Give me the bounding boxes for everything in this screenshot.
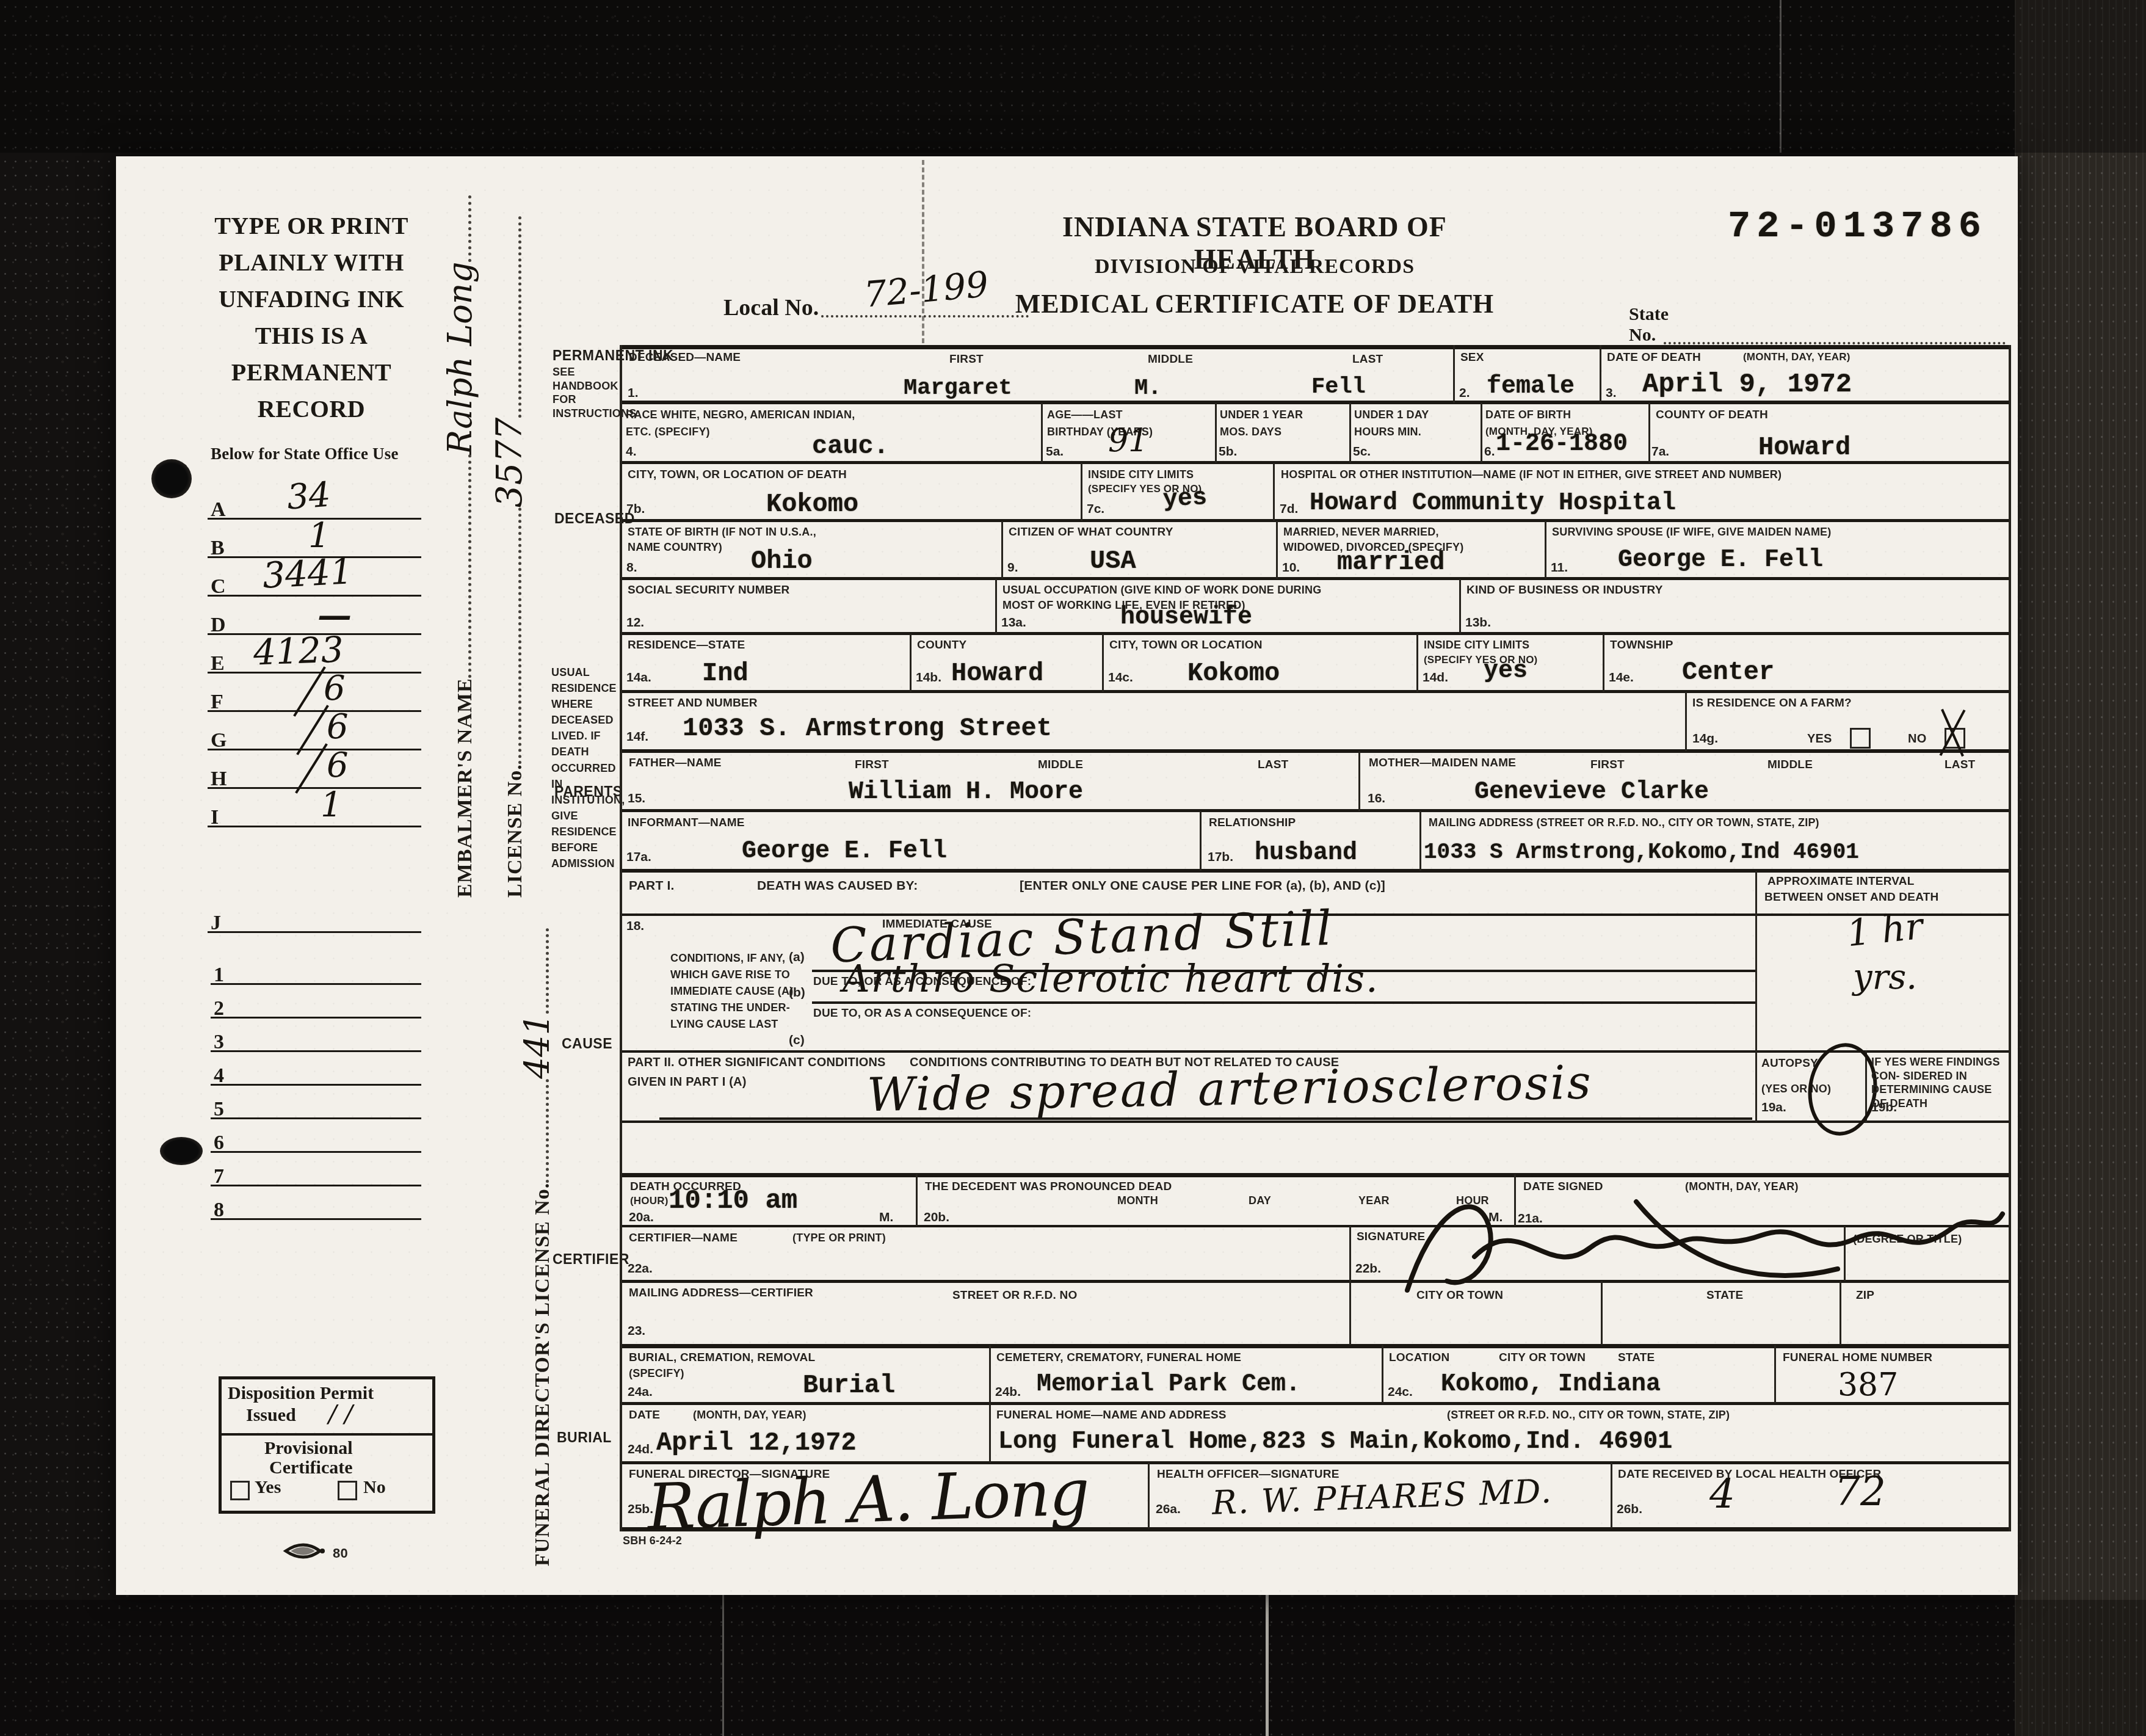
- residence-limits-value: yes: [1484, 659, 1528, 684]
- row-line: [211, 1017, 421, 1019]
- fd-license-label: FUNERAL DIRECTOR'S LICENSE No.: [531, 1183, 554, 1566]
- township-value: Center: [1682, 659, 1774, 685]
- grid-line: [620, 519, 2010, 522]
- township-label: TOWNSHIP: [1610, 638, 1673, 653]
- instruction-line: THIS IS A: [183, 318, 440, 354]
- row-line: [211, 1050, 421, 1052]
- under-1-day-label: UNDER 1 DAY: [1354, 408, 1429, 422]
- grid-line: [1459, 579, 1461, 634]
- farm-no-label: NO: [1908, 732, 1926, 747]
- burial-date-paren: (MONTH, DAY, YEAR): [693, 1408, 807, 1422]
- embalmer-name-line: EMBALMER'S NAME Ralph Long: [441, 195, 479, 898]
- certifier-type-print: (TYPE OR PRINT): [792, 1231, 886, 1245]
- date-received-month: 4: [1709, 1470, 1735, 1517]
- field-number: 5a.: [1046, 445, 1064, 459]
- middle-header: MIDDLE: [1148, 352, 1193, 367]
- field-number: 12.: [626, 616, 644, 630]
- date-of-death-paren: (MONTH, DAY, YEAR): [1743, 350, 1851, 363]
- burial-type-value: Burial: [803, 1373, 895, 1398]
- funeral-home-value: Long Funeral Home,823 S Main,Kokomo,Ind.…: [998, 1430, 1672, 1455]
- form-number: SBH 6-24-2: [623, 1534, 682, 1548]
- disposition-permit-box: Disposition Permit Issued / / Provisiona…: [219, 1376, 435, 1514]
- field-number: 7d.: [1280, 502, 1298, 517]
- union-bug-emblem: [282, 1538, 368, 1564]
- county-of-death-label: COUNTY OF DEATH: [1656, 408, 1768, 423]
- funeral-home-label: FUNERAL HOME—NAME AND ADDRESS: [996, 1408, 1227, 1423]
- grid-line: [1276, 521, 1278, 579]
- dotted-leader: [463, 195, 471, 262]
- residence-on-farm-label: IS RESIDENCE ON A FARM?: [1692, 696, 1852, 711]
- occupation-label: USUAL OCCUPATION (GIVE KIND OF WORK DONE…: [1002, 583, 1321, 597]
- funeral-home-number-value: 387: [1838, 1367, 1898, 1403]
- field-number: 16.: [1368, 791, 1385, 806]
- field-number: 5b.: [1219, 445, 1237, 459]
- grid-line: [620, 1120, 2010, 1123]
- dotted-leader: [541, 1079, 549, 1183]
- field-number: 14b.: [916, 670, 941, 685]
- scanner-right-band: [2015, 0, 2146, 1736]
- race-value: cauc.: [812, 434, 889, 459]
- grid-line: [1545, 521, 1546, 579]
- last-name-value: Fell: [1311, 376, 1366, 399]
- death-occurred-hour-label: (HOUR): [630, 1194, 669, 1207]
- grid-line: [1081, 463, 1082, 521]
- under-1-year-sub: MOS. DAYS: [1220, 425, 1281, 439]
- type-or-print-instructions: TYPE OR PRINT PLAINLY WITH UNFADING INK …: [183, 208, 440, 427]
- first-header: FIRST: [855, 758, 889, 772]
- instruction-line: RECORD: [183, 391, 440, 427]
- death-hour-value: 10:10 am: [669, 1188, 797, 1215]
- marital-status-value: married: [1337, 550, 1445, 575]
- field-number: 14g.: [1692, 732, 1718, 746]
- instruction-line: PERMANENT: [183, 354, 440, 391]
- field-number: 24a.: [628, 1385, 653, 1400]
- row-line: [211, 1185, 421, 1186]
- grid-line: [620, 1402, 2010, 1405]
- field-number: 5c.: [1353, 445, 1371, 459]
- grid-line: [1755, 871, 1757, 1122]
- street-rfd-header: STREET OR R.F.D. NO: [952, 1288, 1077, 1303]
- grid-line: [1419, 811, 1421, 871]
- one-cause-note: [ENTER ONLY ONE CAUSE PER LINE FOR (a), …: [1020, 878, 1385, 894]
- grid-line: [1453, 345, 1455, 403]
- state-office-use-note: Below for State Office Use: [211, 445, 399, 463]
- field-number: 9.: [1007, 561, 1018, 575]
- first-name-value: Margaret: [904, 377, 1012, 400]
- mother-name-value: Genevieve Clarke: [1474, 780, 1709, 805]
- ssn-label: SOCIAL SECURITY NUMBER: [628, 583, 790, 598]
- field-number: 7b.: [626, 502, 645, 517]
- row-line: [208, 710, 421, 712]
- field-number: 17a.: [626, 850, 651, 865]
- row-line: [208, 826, 421, 827]
- middle-name-value: M.: [1134, 377, 1161, 400]
- marital-status-label: MARRIED, NEVER MARRIED,: [1283, 525, 1439, 539]
- state-header: STATE: [1706, 1288, 1743, 1303]
- burial-type-specify: (SPECIFY): [629, 1367, 684, 1381]
- grid-line: [1611, 1462, 1612, 1528]
- informant-mailing-label: MAILING ADDRESS (STREET OR R.F.D. NO., C…: [1429, 816, 1819, 830]
- city-or-town-header: CITY OR TOWN: [1416, 1288, 1503, 1303]
- scan-streak: [1266, 1595, 1269, 1736]
- dotted-leader: [513, 507, 521, 764]
- grid-line: [620, 690, 2010, 693]
- last-header: LAST: [1945, 758, 1975, 772]
- scan-streak: [722, 1595, 724, 1736]
- embalmer-name-label: EMBALMER'S NAME: [454, 678, 477, 898]
- residence-state-value: Ind: [702, 661, 749, 686]
- grid-line: [1349, 1226, 1351, 1281]
- cause-b-interval-value: yrs.: [1853, 957, 1917, 997]
- field-number: 20b.: [924, 1210, 949, 1225]
- part1-label: PART I.: [629, 878, 675, 894]
- cause-a-interval-value: 1 hr: [1845, 905, 1925, 956]
- burial-date-label: DATE: [629, 1408, 660, 1423]
- farm-yes-checkbox: [1850, 728, 1871, 749]
- field-number: 7c.: [1087, 502, 1104, 517]
- part2-label: PART II. OTHER SIGNIFICANT CONDITIONS: [628, 1055, 886, 1070]
- state-no-dots: [1664, 327, 2006, 344]
- title-division: DIVISION OF VITAL RECORDS: [1001, 255, 1508, 278]
- state-of-birth-label: STATE OF BIRTH (IF NOT IN U.S.A.,: [628, 525, 816, 539]
- interval-header-2: BETWEEN ONSET AND DEATH: [1764, 890, 1938, 905]
- field-number: 19b.: [1871, 1100, 1897, 1115]
- grid-line: [620, 1344, 2010, 1348]
- grid-line: [620, 749, 2010, 753]
- informant-name-label: INFORMANT—NAME: [628, 816, 745, 830]
- first-header: FIRST: [949, 352, 984, 367]
- day-header: DAY: [1249, 1194, 1271, 1208]
- caused-by-label: DEATH WAS CAUSED BY:: [757, 878, 918, 894]
- row-line: [211, 1117, 421, 1119]
- field-number: 15.: [628, 791, 645, 806]
- city-of-death-label: CITY, TOWN, OR LOCATION OF DEATH: [628, 468, 847, 482]
- field-number: 14d.: [1423, 670, 1448, 685]
- hospital-label: HOSPITAL OR OTHER INSTITUTION—NAME (IF N…: [1281, 468, 1782, 482]
- field-number: 20a.: [629, 1210, 654, 1225]
- field-number: 7a.: [1651, 445, 1669, 459]
- county-of-death-value: Howard: [1758, 435, 1851, 460]
- cause-b-value: Arthro Sclerotic heart dis.: [843, 956, 1379, 1001]
- cemetery-value: Memorial Park Cem.: [1037, 1373, 1300, 1397]
- local-no-label: Local No.: [723, 294, 819, 321]
- row-value: 1: [321, 785, 343, 825]
- age-label: AGE——LAST: [1047, 408, 1123, 422]
- field-number: 17b.: [1208, 850, 1233, 865]
- father-name-value: William H. Moore: [849, 780, 1083, 805]
- row-line: [208, 595, 421, 597]
- relationship-label: RELATIONSHIP: [1209, 816, 1296, 830]
- certifier-mailing-label: MAILING ADDRESS—CERTIFIER: [629, 1286, 813, 1301]
- field-number: 26b.: [1617, 1502, 1642, 1517]
- grid-line: [1481, 403, 1482, 463]
- date-of-birth-label: DATE OF BIRTH: [1485, 408, 1571, 422]
- date-of-death-value: April 9, 1972: [1642, 371, 1852, 398]
- grid-line: [1148, 1462, 1150, 1528]
- residence-city-label: CITY, TOWN OR LOCATION: [1109, 638, 1263, 653]
- month-header: MONTH: [1117, 1194, 1158, 1208]
- instruction-line: UNFADING INK: [183, 281, 440, 318]
- grid-line: [1041, 403, 1043, 463]
- funeral-director-signature: Ralph A. Long: [646, 1455, 1090, 1544]
- dotted-leader: [463, 454, 471, 678]
- residence-limits-label: INSIDE CITY LIMITS: [1424, 638, 1529, 652]
- burial-section-label: BURIAL: [557, 1429, 612, 1447]
- state-of-birth-value: Ohio: [751, 548, 813, 574]
- dotted-leader: [513, 216, 521, 418]
- yes-label: Yes: [255, 1477, 281, 1498]
- row-value: 6: [324, 669, 346, 708]
- inside-city-limits-label: INSIDE CITY LIMITS: [1088, 468, 1194, 482]
- grid-line: [620, 869, 2010, 873]
- grid-line: [1001, 521, 1003, 579]
- pronounced-dead-label: THE DECEDENT WAS PRONOUNCED DEAD: [925, 1180, 1172, 1194]
- scan-streak: [1780, 0, 1782, 153]
- field-number: 13a.: [1001, 616, 1026, 630]
- grid-line: [1102, 634, 1104, 692]
- no-label: No: [363, 1477, 386, 1498]
- embalmer-license-line: LICENSE No. 3577: [488, 189, 530, 898]
- field-number: 14a.: [626, 670, 651, 685]
- sex-value: female: [1487, 375, 1575, 399]
- scanner-top-band: [0, 0, 2146, 153]
- grid-line: [620, 632, 2010, 635]
- fd-license-value: 441: [518, 1014, 557, 1079]
- field-number: 24c.: [1388, 1385, 1413, 1400]
- provisional-line1: Provisional: [264, 1438, 352, 1459]
- under-1-year-label: UNDER 1 YEAR: [1220, 408, 1303, 422]
- informant-name-value: George E. Fell: [742, 840, 947, 864]
- yes-checkbox: [230, 1481, 250, 1500]
- grid-line: [995, 579, 997, 634]
- grid-line: [1358, 751, 1360, 811]
- instruction-line: PLAINLY WITH: [183, 244, 440, 281]
- part2-sub2-label: GIVEN IN PART I (A): [628, 1075, 747, 1090]
- sex-label: SEX: [1460, 350, 1484, 365]
- grid-line: [620, 1050, 2010, 1053]
- farm-yes-label: YES: [1807, 732, 1832, 747]
- grid-line: [1648, 403, 1650, 463]
- cause-b-line: [812, 1001, 1755, 1004]
- informant-mailing-value: 1033 S Armstrong,Kokomo,Ind 46901: [1424, 841, 1859, 863]
- race-label-2: ETC. (SPECIFY): [626, 425, 710, 439]
- field-number: 3.: [1606, 386, 1617, 401]
- funeral-director-license-line: FUNERAL DIRECTOR'S LICENSE No. 441: [518, 907, 557, 1566]
- row-value: 34: [286, 475, 332, 518]
- grid-line: [1685, 692, 1687, 751]
- state-no-label-1: State: [1629, 304, 1669, 325]
- field-number: 14c.: [1108, 670, 1133, 685]
- field-number: 10.: [1282, 561, 1300, 575]
- parents-section-label: PARENTS: [554, 783, 623, 801]
- burial-type-label: BURIAL, CREMATION, REMOVAL: [629, 1351, 815, 1365]
- grid-line: [989, 1345, 991, 1462]
- field-number: 22a.: [628, 1262, 653, 1276]
- grid-line: [620, 577, 2010, 580]
- punch-hole: [160, 1137, 203, 1165]
- field-number: 1.: [628, 386, 639, 401]
- no-checkbox: [338, 1481, 357, 1500]
- dotted-leader: [541, 928, 549, 1014]
- location-value: Kokomo, Indiana: [1441, 1373, 1661, 1397]
- field-number: 6.: [1484, 445, 1495, 459]
- burial-date-value: April 12,1972: [656, 1430, 857, 1456]
- field-number: 23.: [628, 1324, 645, 1338]
- zip-header: ZIP: [1856, 1288, 1874, 1303]
- row-value: 6: [327, 707, 349, 747]
- location-city-header: CITY OR TOWN: [1499, 1351, 1586, 1365]
- row-line: [208, 787, 421, 789]
- under-1-day-sub: HOURS MIN.: [1354, 425, 1421, 439]
- residence-county-value: Howard: [951, 661, 1043, 686]
- citizen-value: USA: [1090, 548, 1136, 574]
- grid-line: [1382, 1345, 1383, 1403]
- grid-line: [620, 345, 2010, 349]
- funeral-home-number-label: FUNERAL HOME NUMBER: [1783, 1351, 1932, 1365]
- grid-line: [1774, 1345, 1776, 1403]
- box-divider: [222, 1433, 432, 1436]
- disposition-slashes: / /: [328, 1400, 353, 1428]
- row-line: [208, 672, 421, 674]
- city-of-death-value: Kokomo: [766, 492, 858, 517]
- row-value: 6: [327, 746, 349, 785]
- residence-city-value: Kokomo: [1187, 661, 1280, 686]
- grid-line: [1603, 634, 1604, 692]
- father-name-label: FATHER—NAME: [629, 756, 722, 771]
- autopsy-label: AUTOPSY: [1761, 1056, 1818, 1071]
- row-line: [211, 1084, 421, 1086]
- grid-line: [1416, 634, 1418, 692]
- instruction-line: TYPE OR PRINT: [183, 208, 440, 244]
- grid-line: [620, 809, 2010, 812]
- hospital-value: Howard Community Hospital: [1310, 492, 1676, 516]
- grid-line: [1600, 345, 1601, 403]
- field-number: 14e.: [1609, 670, 1634, 685]
- grid-line: [620, 401, 2010, 404]
- field-number: 26a.: [1156, 1502, 1181, 1517]
- see-handbook-label: SEE HANDBOOK FOR INSTRUCTIONS: [553, 365, 620, 420]
- field-number: 2.: [1459, 386, 1470, 401]
- meridiem-label: M.: [879, 1210, 893, 1225]
- location-state-header: STATE: [1618, 1351, 1655, 1365]
- street-number-label: STREET AND NUMBER: [628, 696, 758, 711]
- street-number-value: 1033 S. Armstrong Street: [683, 716, 1052, 741]
- state-of-birth-sub: NAME COUNTRY): [628, 540, 722, 554]
- license-no-value: 3577: [488, 418, 530, 508]
- emblem-number: 80: [333, 1545, 348, 1562]
- grid-line: [1273, 463, 1275, 521]
- due-to-label-c: DUE TO, OR AS A CONSEQUENCE OF:: [813, 1006, 1031, 1021]
- mother-name-label: MOTHER—MAIDEN NAME: [1369, 756, 1516, 771]
- surviving-spouse-value: George E. Fell: [1618, 548, 1823, 573]
- grid-line: [1215, 403, 1217, 463]
- grid-line: [620, 345, 622, 1531]
- field-number: 13b.: [1465, 616, 1491, 630]
- middle-header: MIDDLE: [1767, 758, 1813, 772]
- cause-b-letter: (b): [789, 986, 805, 1000]
- date-of-birth-value: 1-26-1880: [1496, 432, 1628, 457]
- residence-state-label: RESIDENCE—STATE: [628, 638, 745, 653]
- row-line: [211, 1218, 421, 1220]
- row-value: 3441: [261, 550, 353, 597]
- grid-line: [910, 634, 912, 692]
- last-header: LAST: [1352, 352, 1383, 367]
- field-number: 18.: [626, 919, 644, 934]
- row-line: [211, 1151, 421, 1153]
- middle-header: MIDDLE: [1038, 758, 1083, 772]
- occupation-value: housewife: [1120, 606, 1252, 630]
- funeral-home-paren: (STREET OR R.F.D. NO., CITY OR TOWN, STA…: [1447, 1408, 1730, 1422]
- grid-line: [1349, 1281, 1351, 1345]
- cemetery-label: CEMETERY, CREMATORY, FUNERAL HOME: [996, 1351, 1241, 1365]
- field-number: 8.: [626, 561, 637, 575]
- certifier-name-label: CERTIFIER—NAME: [629, 1231, 738, 1246]
- punch-hole: [151, 459, 192, 498]
- date-of-death-label: DATE OF DEATH: [1607, 350, 1701, 365]
- provisional-line2: Certificate: [269, 1458, 353, 1478]
- citizen-label: CITIZEN OF WHAT COUNTRY: [1009, 525, 1173, 540]
- certifier-section-label: CERTIFIER: [553, 1251, 629, 1269]
- grid-line: [620, 1173, 2010, 1177]
- relationship-value: husband: [1255, 841, 1357, 866]
- field-number: 4.: [626, 445, 637, 459]
- license-no-label: LICENSE No.: [504, 764, 527, 898]
- grid-line: [2009, 345, 2011, 1531]
- deceased-name-label: DECEASED—NAME: [629, 350, 741, 365]
- row-value: 4123: [253, 628, 344, 673]
- field-number: 19a.: [1761, 1100, 1786, 1115]
- residence-county-label: COUNTY: [917, 638, 966, 653]
- certificate-stamp-number: 72-013786: [1728, 208, 1987, 245]
- first-header: FIRST: [1590, 758, 1625, 772]
- row-value: 1: [308, 516, 330, 556]
- field-number: 24b.: [995, 1385, 1021, 1400]
- location-label: LOCATION: [1389, 1351, 1449, 1365]
- last-header: LAST: [1258, 758, 1288, 772]
- row-line: [211, 983, 421, 985]
- grid-line: [1200, 811, 1202, 871]
- field-number: 11.: [1551, 561, 1568, 575]
- part2-line: [659, 1117, 1752, 1120]
- age-value: 91: [1108, 423, 1148, 459]
- disposition-line2: Issued: [246, 1405, 296, 1426]
- title-certificate: MEDICAL CERTIFICATE OF DEATH: [1001, 288, 1508, 319]
- row-line: [208, 749, 421, 750]
- cause-section-label: CAUSE: [562, 1035, 612, 1053]
- grid-line: [1349, 403, 1351, 463]
- field-number: 14f.: [626, 730, 648, 744]
- interval-header-1: APPROXIMATE INTERVAL: [1767, 874, 1914, 889]
- race-label: RACE WHITE, NEGRO, AMERICAN INDIAN,: [626, 408, 855, 422]
- field-number: 24d.: [628, 1442, 653, 1457]
- usual-residence-note: USUAL RESIDENCE WHERE DECEASED LIVED. IF…: [551, 664, 620, 871]
- inside-city-limits-value: yes: [1162, 486, 1208, 513]
- scanner-bottom-band: [0, 1600, 2146, 1736]
- embalmer-name-value: Ralph Long: [441, 262, 479, 455]
- grid-line: [916, 1174, 918, 1226]
- industry-label: KIND OF BUSINESS OR INDUSTRY: [1466, 583, 1663, 598]
- row-line: [208, 931, 421, 933]
- certifier-signature: [1374, 1177, 2009, 1306]
- date-received-year: 72: [1835, 1468, 1886, 1515]
- surviving-spouse-label: SURVIVING SPOUSE (IF WIFE, GIVE MAIDEN N…: [1552, 525, 1832, 539]
- state-no-label-2: No.: [1629, 325, 1656, 346]
- scanned-death-certificate: TYPE OR PRINT PLAINLY WITH UNFADING INK …: [0, 0, 2146, 1736]
- cause-c-letter: (c): [789, 1033, 805, 1048]
